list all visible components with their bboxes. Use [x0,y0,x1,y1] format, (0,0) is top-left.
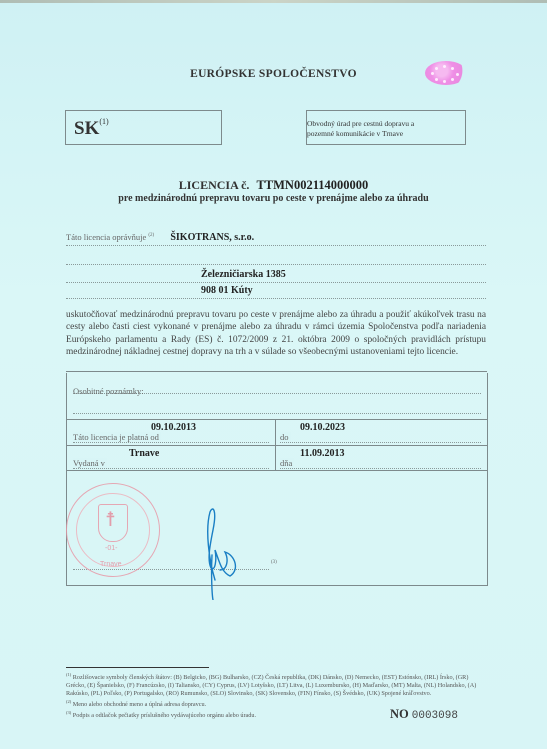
issued-on-field: 11.09.2013 dňa [280,448,481,469]
valid-to-value: 09.10.2023 [300,422,345,433]
issued-on-label: dňa [280,458,294,468]
row-divider [67,470,487,471]
divider [66,371,487,372]
footnote-ref: (2) [148,233,154,238]
issued-on-value: 11.09.2013 [300,448,344,459]
license-document: EURÓPSKE SPOLOČENSTVO SK(1) Obvodný úrad… [0,0,547,749]
serial-number: NO 0003098 [390,707,458,722]
holder-street-row: Železničiarska 1385 [66,269,486,283]
country-code-box: SK(1) [65,110,222,145]
license-number: TTMN002114000000 [256,178,368,192]
valid-to-field: 09.10.2023 do [280,422,481,443]
footnote-ref: (3) [271,560,277,565]
valid-to-label: do [280,432,291,442]
license-subtitle: pre medzinárodnú prepravu tovaru po cest… [0,193,547,204]
holder-street: Železničiarska 1385 [201,269,286,280]
valid-from-field: 09.10.2013 Táto licencia je platná od [73,422,269,443]
issued-in-label: Vydaná v [73,458,107,468]
stamp-city: Trnave [100,561,122,568]
holder-city-row: 908 01 Kúty [66,285,486,299]
license-body-text: uskutočňovať medzinárodnú prepravu tovar… [66,309,486,358]
eu-emblem-icon [425,61,467,85]
official-stamp: ☨ -01- Trnave [66,483,160,577]
valid-from-label: Táto licencia je platná od [73,432,161,442]
serial-prefix: NO [390,707,409,721]
row-divider [67,419,487,420]
serial-value: 0003098 [412,710,458,722]
footnote-1: (1) Rozlišovacie symboly členských štáto… [66,671,486,698]
remarks-label: Osobitné poznámky: [73,386,144,396]
license-title: LICENCIA č. TTMN002114000000 [0,178,547,193]
license-title-label: LICENCIA č. [179,178,250,192]
holder-name-row: Táto licencia oprávňuje (2) ŠIKOTRANS, s… [66,232,486,246]
stamp-number: -01- [105,545,117,552]
scan-edge [0,0,547,3]
signature [195,500,255,600]
row-divider [67,445,487,446]
footnote-rule [66,667,209,668]
issued-in-field: Trnave Vydaná v [73,448,269,469]
country-code: SK [74,118,99,139]
issuing-authority-line1: Obvodný úrad pre cestnú dopravu a [307,119,414,129]
holder-city: 908 01 Kúty [201,285,253,296]
holder-label: Táto licencia oprávňuje [66,232,146,242]
slovak-coat-of-arms-icon: ☨ [98,504,128,542]
holder-blank-row [66,251,486,265]
remarks-blank-row [73,403,481,414]
holder-name: ŠIKOTRANS, s.r.o. [170,232,254,243]
issuing-authority-box: Obvodný úrad pre cestnú dopravu a pozemn… [306,110,466,145]
remarks-row: Osobitné poznámky: [73,381,481,394]
issued-in-value: Trnave [129,448,159,459]
issuing-authority-line2: pozemné komunikácie v Trnave [307,129,414,139]
footnote-ref: (1) [99,117,108,126]
